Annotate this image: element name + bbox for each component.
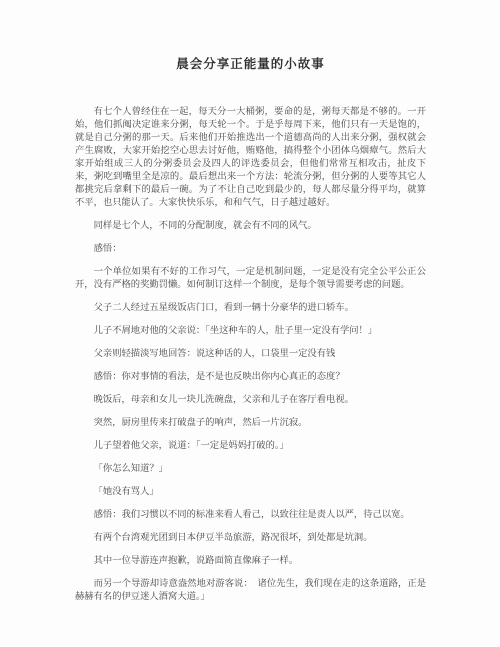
paragraph: 「她没有骂人」 [75, 486, 426, 499]
document-body: 有七个人曾经住在一起，每天分一大桶粥，要命的是，粥每天都是不够的。一开始，他们抓… [75, 106, 426, 604]
paragraph: 父亲则轻描淡写地回答：说这种话的人，口袋里一定没有钱 [75, 348, 426, 361]
paragraph: 同样是七个人，不同的分配制度，就会有不同的风气。 [75, 220, 426, 233]
paragraph: 一个单位如果有不好的工作习气，一定是机制问题，一定是没有完全公平公正公开，没有严… [75, 266, 426, 292]
paragraph: 有两个台湾观光团到日本伊豆半岛旅游，路况很坏，到处都是坑洞。 [75, 532, 426, 545]
document-page: 晨会分享正能量的小故事 有七个人曾经住在一起，每天分一大桶粥，要命的是，粥每天都… [0, 0, 500, 647]
paragraph: 有七个人曾经住在一起，每天分一大桶粥，要命的是，粥每天都是不够的。一开始，他们抓… [75, 106, 426, 210]
paragraph: 父子二人经过五星级饭店门口，看到一辆十分豪华的进口轿车。 [75, 302, 426, 315]
paragraph: 儿子望着他父亲，说道：「一定是妈妈打破的。」 [75, 440, 426, 453]
paragraph: 突然，厨房里传来打破盘子的响声，然后一片沉寂。 [75, 417, 426, 430]
paragraph: 而另一个导游却诗意盎然地对游客说： 诸位先生，我们现在走的这条道路，正是赫赫有名… [75, 578, 426, 604]
paragraph: 其中一位导游连声抱歉，说路面简直像麻子一样。 [75, 555, 426, 568]
page-title: 晨会分享正能量的小故事 [75, 54, 426, 72]
paragraph: 儿子不屑地对他的父亲说：「坐这种车的人，肚子里一定没有学问！」 [75, 325, 426, 338]
paragraph: 「你怎么知道？」 [75, 463, 426, 476]
paragraph: 晚饭后，母亲和女儿一块儿洗碗盘，父亲和儿子在客厅看电视。 [75, 394, 426, 407]
paragraph: 感悟： [75, 243, 426, 256]
paragraph: 感悟：你对事情的看法，是不是也反映出你内心真正的态度？ [75, 371, 426, 384]
paragraph: 感悟：我们习惯以不同的标准来看人看己，以致往往是责人以严，待己以宽。 [75, 509, 426, 522]
